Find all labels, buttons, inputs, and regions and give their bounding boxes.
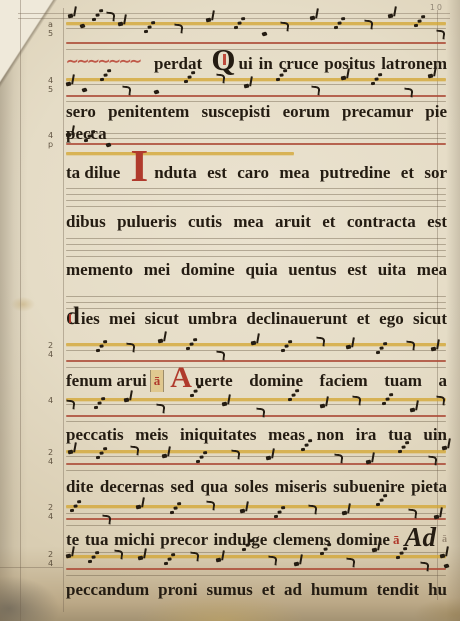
initial-letter-A: A [170, 370, 192, 386]
staff-line-faint [66, 238, 446, 239]
staff-line-faint [66, 513, 446, 514]
neume-mark [118, 22, 124, 27]
margin-rule-vertical [20, 0, 21, 621]
staff-line-faint [66, 188, 446, 189]
staff-line-faint [66, 404, 446, 405]
neume-mark [234, 26, 238, 29]
neume-mark [334, 454, 344, 464]
neume-mark [66, 400, 76, 410]
neume-mark [114, 550, 124, 560]
clef-letters: 24 [48, 341, 64, 359]
manuscript-text-line: peccandum proni sumus et ad humum tendit… [66, 579, 447, 602]
text-segment: fenum arui [66, 370, 147, 392]
staff-line-red [66, 463, 446, 465]
neume-mark [408, 509, 418, 519]
neume-mark [70, 509, 74, 512]
neume-mark [342, 511, 348, 516]
staff-line-yellow [66, 450, 446, 453]
staff-line-faint [66, 28, 446, 29]
text-segment: ta dilue [66, 162, 120, 184]
neume-mark [88, 560, 92, 563]
margin-rule-vertical [437, 10, 438, 600]
neume-mark [376, 351, 380, 354]
staff-line-yellow [66, 505, 446, 508]
neume-mark [96, 456, 100, 459]
staff-line-faint [66, 250, 446, 251]
neume-mark [244, 84, 250, 89]
staff-line-faint [66, 194, 446, 195]
text-segment: dibus pulueris cutis mea aruit et contra… [66, 211, 447, 233]
neume-mark [428, 456, 438, 466]
neume-mark [320, 552, 324, 555]
text-segment: sero penitentem suscepisti eorum precamu… [66, 101, 447, 145]
neume-mark [190, 394, 194, 397]
initial-word-Ad: Ad [404, 529, 436, 545]
neume-mark [81, 87, 87, 92]
text-segment: perdat [154, 53, 206, 75]
staff-line-faint [66, 525, 446, 526]
neume-mark [222, 402, 228, 407]
staff-line-red [66, 95, 446, 97]
manuscript-text-line: te tua michi precor indulge clemens domi… [66, 528, 447, 551]
initial-letter-D: d [66, 309, 80, 325]
text-segment: uerte domine faciem tuam a [195, 370, 447, 392]
staff-line-faint [66, 256, 446, 257]
initial-letter-Q: Q [211, 51, 235, 69]
neume-mark [308, 505, 318, 515]
neume-mark [376, 503, 380, 506]
neume-mark [301, 448, 305, 451]
neume-mark [261, 31, 267, 36]
manuscript-text-line: fenum aruiāAuerte domine faciem tuam a [66, 369, 447, 392]
rubric-antiphon-mark-highlighted: ā [150, 370, 165, 392]
neume-mark [130, 446, 140, 456]
neume-mark [310, 16, 316, 21]
neume-mark [281, 349, 285, 352]
neume-mark [320, 404, 326, 409]
text-segment: ies mei sicut umbra declinauerunt et ego… [81, 308, 447, 330]
neume-mark [190, 552, 200, 562]
neume-mark [136, 505, 142, 510]
staff-line-faint [66, 296, 446, 297]
neume-mark [126, 343, 136, 353]
text-segment: memento mei domine quia uentus est uita … [66, 259, 447, 281]
staff-line-faint [66, 302, 446, 303]
neume-mark [184, 80, 188, 83]
staff-line-faint [66, 350, 446, 351]
margin-rule-vertical [63, 8, 64, 612]
neume-mark [231, 450, 241, 460]
neume-mark [174, 24, 184, 34]
staff-line-faint [66, 456, 446, 457]
manuscript-text-line: sero penitentem suscepisti eorum precamu… [66, 101, 447, 124]
manuscript-text-line: dibus pulueris cutis mea aruit et contra… [66, 211, 447, 234]
initial-letter-I: I [130, 159, 148, 173]
neume-mark [96, 349, 100, 352]
neume-mark [436, 30, 446, 40]
neume-mark [440, 554, 446, 559]
rubric-antiphon-mark: ā [393, 529, 400, 551]
staff-line-faint [66, 244, 446, 245]
neume-mark [382, 402, 386, 405]
margin-rubric-mark: ā [442, 529, 447, 551]
neume-mark [106, 12, 116, 22]
neume-mark [414, 24, 418, 27]
text-segment: ui in cruce positus latronem [239, 53, 447, 75]
neume-mark [294, 562, 300, 567]
staff-line-red [66, 360, 446, 362]
neume-mark [398, 450, 402, 453]
clef-letters: 4p [48, 131, 64, 149]
manuscript-page: 10 a5454p244242424 ∼∼∼∼∼∼∼perdat Qui in … [0, 0, 460, 621]
manuscript-text-line: dies mei sicut umbra declinauerunt et eg… [66, 308, 447, 331]
staff-line-faint [66, 200, 446, 201]
neume-mark [102, 515, 112, 525]
neume-mark [406, 341, 416, 351]
manuscript-text-line: peccatis meis iniquitates meas non ira t… [66, 424, 447, 447]
neume-mark [266, 456, 272, 461]
neume-mark [346, 558, 356, 568]
neume-mark [443, 563, 449, 568]
staff-line-red [66, 568, 446, 570]
neume-mark [170, 511, 174, 514]
neume-mark [66, 82, 72, 87]
neume-mark [280, 22, 290, 32]
staff-line-yellow [66, 555, 446, 558]
margin-rule-horizontal [18, 18, 450, 19]
neume-mark [144, 30, 148, 33]
neume-mark [153, 89, 159, 94]
neume-mark [334, 26, 338, 29]
text-segment: nduta est caro mea putredine et sor [154, 162, 447, 184]
neume-mark [100, 78, 104, 81]
neume-mark [124, 398, 130, 403]
neume-mark [396, 556, 400, 559]
staff-line-yellow [66, 78, 446, 81]
text-segment: peccandum proni sumus et ad humum tendit… [66, 579, 447, 601]
neume-mark [410, 408, 416, 413]
neume-mark [156, 404, 166, 414]
neume-mark [162, 454, 168, 459]
manuscript-text-line: ta dilueInduta est caro mea putredine et… [66, 156, 447, 179]
staff-line-faint [66, 206, 446, 207]
manuscript-text-line: ∼∼∼∼∼∼∼perdat Qui in cruce positus latro… [66, 50, 447, 73]
neume-mark [66, 554, 72, 559]
neume-mark [216, 558, 222, 563]
neume-mark [276, 78, 280, 81]
neume-mark [352, 396, 362, 406]
neume-mark [316, 337, 326, 347]
neume-mark [186, 347, 190, 350]
neume-mark [164, 562, 168, 565]
neume-mark [196, 460, 200, 463]
neume-mark [216, 351, 226, 361]
neume-mark [420, 562, 430, 572]
neume-mark [311, 86, 321, 96]
staff-line-faint [66, 421, 446, 422]
neume-mark [138, 556, 144, 561]
neume-mark [92, 18, 96, 21]
manuscript-text-line: memento mei domine quia uentus est uita … [66, 259, 447, 282]
neume-mark [404, 88, 414, 98]
neume-mark [274, 515, 278, 518]
neume-mark [122, 86, 132, 96]
clef-letters: a5 [48, 20, 64, 38]
clef-letters: 45 [48, 76, 64, 94]
neume-mark [346, 345, 352, 350]
text-segment: dite decernas sed qua soles miseris subu… [66, 476, 447, 498]
staff-line-faint [66, 367, 446, 368]
neume-mark [436, 396, 446, 406]
clef-letters: 24 [48, 550, 64, 568]
staff-line-faint [66, 575, 446, 576]
line-filler-squiggle: ∼∼∼∼∼∼∼ [66, 57, 154, 67]
clef-letters: 4 [48, 396, 64, 405]
neume-mark [206, 501, 216, 511]
staff-line-yellow [66, 152, 294, 155]
neume-mark [288, 398, 292, 401]
text-segment: te tua michi precor indulge clemens domi… [66, 529, 390, 551]
text-segment: peccatis meis iniquitates meas non ira t… [66, 424, 447, 446]
neume-mark [94, 406, 98, 409]
neume-mark [364, 20, 374, 30]
staff-line-faint [66, 470, 446, 471]
staff-line-red [66, 518, 446, 520]
clef-letters: 24 [48, 503, 64, 521]
neume-mark [256, 408, 266, 418]
neume-mark [371, 82, 375, 85]
manuscript-text-line: dite decernas sed qua soles miseris subu… [66, 476, 447, 499]
staff-line-red [66, 42, 446, 44]
margin-rule-horizontal [18, 13, 450, 14]
clef-letters: 24 [48, 448, 64, 466]
neume-mark [68, 450, 74, 455]
neume-mark [268, 556, 278, 566]
